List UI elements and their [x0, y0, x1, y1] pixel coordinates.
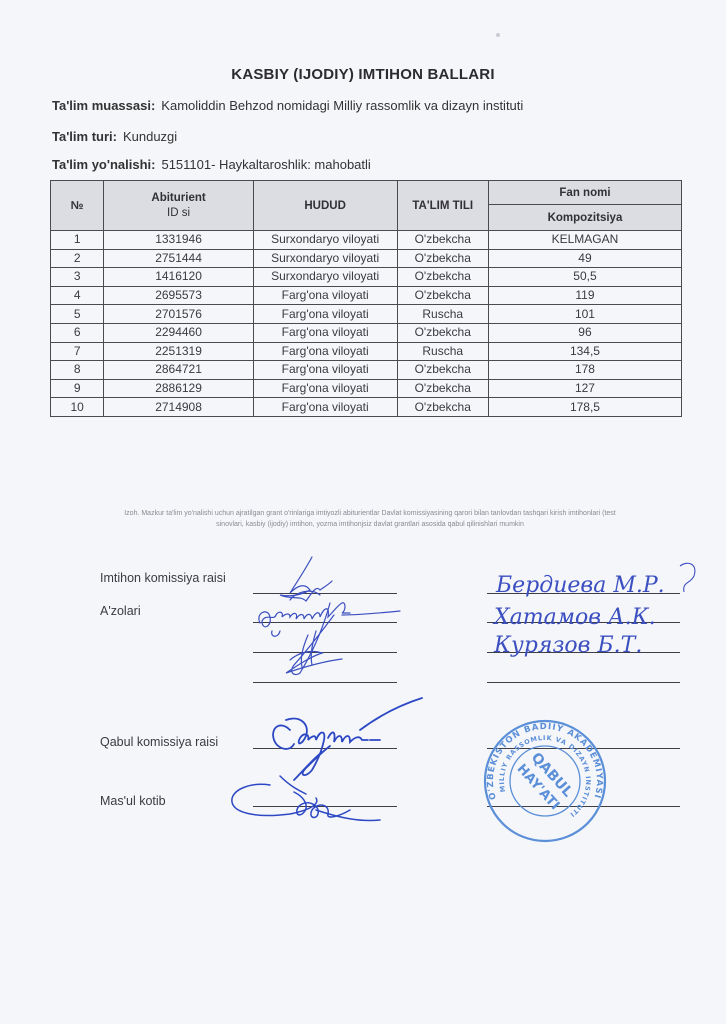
direction-value: 5151101- Haykaltaroshlik: mahobatli — [161, 157, 370, 172]
document-title: KASBIY (IJODIY) IMTIHON BALLARI — [0, 66, 726, 83]
cell-language: O'zbekcha — [397, 231, 488, 250]
cell-applicant-id: 2701576 — [104, 305, 253, 324]
cell-score: 127 — [488, 379, 681, 398]
name-line — [487, 593, 680, 594]
cell-language: O'zbekcha — [397, 398, 488, 417]
table-row: 11331946Surxondaryo viloyatiO'zbekchaKEL… — [51, 231, 682, 250]
admission-chair-label: Qabul komissiya raisi — [100, 735, 218, 749]
cell-row-number: 1 — [51, 231, 104, 250]
table-row: 31416120Surxondaryo viloyatiO'zbekcha50,… — [51, 268, 682, 287]
cell-applicant-id: 1331946 — [104, 231, 253, 250]
cell-row-number: 10 — [51, 398, 104, 417]
cell-region: Farg'ona viloyati — [253, 398, 397, 417]
header-no: № — [51, 181, 104, 231]
header-id-line2: ID si — [104, 207, 252, 219]
cell-row-number: 2 — [51, 249, 104, 268]
handwritten-name-1: Бердиева М.Р. — [495, 573, 665, 598]
cell-score: 119 — [488, 286, 681, 305]
header-id-line1: Abiturient — [104, 192, 252, 204]
table-row: 62294460Farg'ona viloyatiO'zbekcha96 — [51, 323, 682, 342]
handwritten-name-3: Курязов Б.Т. — [493, 633, 642, 658]
table-row: 52701576Farg'ona viloyatiRuscha101 — [51, 305, 682, 324]
handwritten-name-2: Хатамов А.К. — [492, 605, 656, 630]
signature-line — [253, 748, 397, 749]
scores-table: № Abiturient ID si HUDUD TA'LIM TILI Fan… — [50, 180, 682, 417]
table-row: 102714908Farg'ona viloyatiO'zbekcha178,5 — [51, 398, 682, 417]
cell-region: Surxondaryo viloyati — [253, 231, 397, 250]
cell-region: Farg'ona viloyati — [253, 361, 397, 380]
cell-region: Farg'ona viloyati — [253, 379, 397, 398]
cell-row-number: 3 — [51, 268, 104, 287]
cell-score: 178 — [488, 361, 681, 380]
signature-line — [253, 652, 397, 653]
name-line — [487, 682, 680, 683]
direction-line: Ta'lim yo'nalishi:5151101- Haykaltaroshl… — [52, 157, 371, 172]
secretary-label: Mas'ul kotib — [100, 794, 166, 808]
cell-language: Ruscha — [397, 342, 488, 361]
cell-language: O'zbekcha — [397, 323, 488, 342]
cell-row-number: 8 — [51, 361, 104, 380]
table-row: 22751444Surxondaryo viloyatiO'zbekcha49 — [51, 249, 682, 268]
cell-applicant-id: 2886129 — [104, 379, 253, 398]
scores-table-body: 11331946Surxondaryo viloyatiO'zbekchaKEL… — [51, 231, 682, 417]
cell-language: O'zbekcha — [397, 249, 488, 268]
header-applicant-id: Abiturient ID si — [104, 181, 253, 231]
cell-region: Farg'ona viloyati — [253, 323, 397, 342]
table-row: 92886129Farg'ona viloyatiO'zbekcha127 — [51, 379, 682, 398]
cell-row-number: 5 — [51, 305, 104, 324]
cell-score: 96 — [488, 323, 681, 342]
cell-row-number: 4 — [51, 286, 104, 305]
table-row: 42695573Farg'ona viloyatiO'zbekcha119 — [51, 286, 682, 305]
cell-row-number: 6 — [51, 323, 104, 342]
table-row: 82864721Farg'ona viloyatiO'zbekcha178 — [51, 361, 682, 380]
study-type-label: Ta'lim turi: — [52, 129, 117, 144]
cell-score: KELMAGAN — [488, 231, 681, 250]
name-line — [487, 652, 680, 653]
document-page: KASBIY (IJODIY) IMTIHON BALLARI Ta'lim m… — [0, 0, 726, 1024]
header-subject-group: Fan nomi — [488, 181, 681, 205]
handwritten-signature-exam-chair — [250, 555, 420, 695]
institution-label: Ta'lim muassasi: — [52, 98, 155, 113]
direction-label: Ta'lim yo'nalishi: — [52, 157, 155, 172]
cell-applicant-id: 2864721 — [104, 361, 253, 380]
footnote-line2: sinovlari, kasbiy (ijodiy) imtihon, yozm… — [60, 519, 680, 530]
cell-region: Surxondaryo viloyati — [253, 249, 397, 268]
header-subject: Kompozitsiya — [488, 205, 681, 231]
institution-line: Ta'lim muassasi:Kamoliddin Behzod nomida… — [52, 98, 523, 113]
table-row: 72251319Farg'ona viloyatiRuscha134,5 — [51, 342, 682, 361]
cell-score: 50,5 — [488, 268, 681, 287]
cell-language: O'zbekcha — [397, 379, 488, 398]
study-type-value: Kunduzgi — [123, 129, 177, 144]
cell-region: Farg'ona viloyati — [253, 286, 397, 305]
handwritten-signature-admission-chair — [210, 690, 450, 830]
cell-language: Ruscha — [397, 305, 488, 324]
cell-applicant-id: 2294460 — [104, 323, 253, 342]
cell-row-number: 9 — [51, 379, 104, 398]
header-region: HUDUD — [253, 181, 397, 231]
cell-score: 101 — [488, 305, 681, 324]
footnote-line1: Izoh. Mazkur ta'lim yo'nalishi uchun ajr… — [60, 508, 680, 519]
cell-score: 134,5 — [488, 342, 681, 361]
cell-region: Surxondaryo viloyati — [253, 268, 397, 287]
cell-score: 49 — [488, 249, 681, 268]
cell-language: O'zbekcha — [397, 361, 488, 380]
cell-row-number: 7 — [51, 342, 104, 361]
signature-line — [253, 593, 397, 594]
cell-language: O'zbekcha — [397, 286, 488, 305]
name-line — [487, 622, 680, 623]
signature-line — [253, 806, 397, 807]
members-label: A'zolari — [100, 604, 141, 618]
cell-applicant-id: 2751444 — [104, 249, 253, 268]
cell-language: O'zbekcha — [397, 268, 488, 287]
cell-region: Farg'ona viloyati — [253, 342, 397, 361]
signature-line — [253, 622, 397, 623]
cell-applicant-id: 2714908 — [104, 398, 253, 417]
study-type-line: Ta'lim turi:Kunduzgi — [52, 129, 177, 144]
admission-committee-stamp: O'ZBEKISTON BADIIY AKADEMIYASI MILLIY RA… — [482, 718, 608, 844]
cell-region: Farg'ona viloyati — [253, 305, 397, 324]
institution-value: Kamoliddin Behzod nomidagi Milliy rassom… — [161, 98, 523, 113]
cell-score: 178,5 — [488, 398, 681, 417]
scan-speck — [496, 33, 500, 37]
header-language: TA'LIM TILI — [397, 181, 488, 231]
exam-chair-label: Imtihon komissiya raisi — [100, 571, 226, 585]
cell-applicant-id: 1416120 — [104, 268, 253, 287]
cell-applicant-id: 2695573 — [104, 286, 253, 305]
footnote: Izoh. Mazkur ta'lim yo'nalishi uchun ajr… — [60, 508, 680, 530]
cell-applicant-id: 2251319 — [104, 342, 253, 361]
signature-line — [253, 682, 397, 683]
